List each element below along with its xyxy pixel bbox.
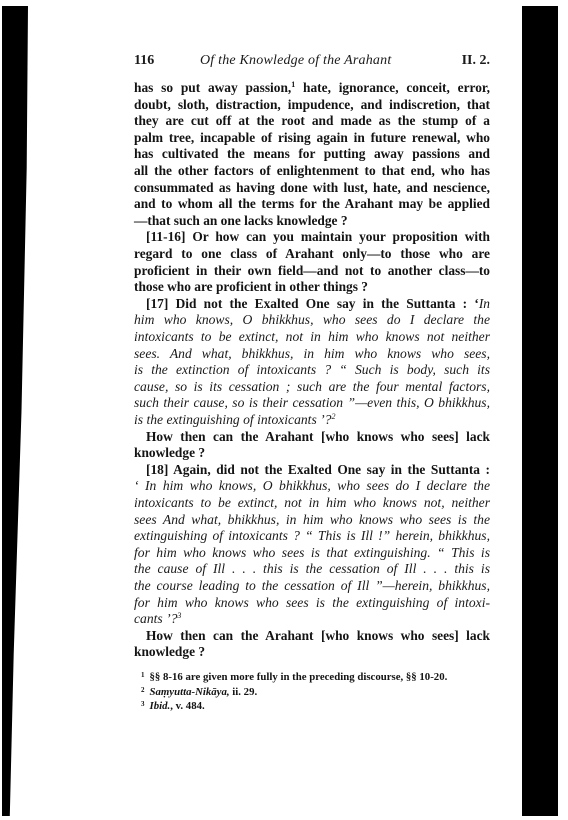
footnote-text: , v. 484. bbox=[170, 700, 205, 712]
footnote: 3Ibid., v. 484. bbox=[141, 697, 490, 711]
footnote-ref: 3 bbox=[177, 611, 181, 620]
body-line: How then can the Arahant [who knows who … bbox=[146, 627, 490, 644]
body-line: and to whom all the terms for the Arahan… bbox=[134, 195, 490, 212]
body-line: for him who knows who sees is the exting… bbox=[134, 594, 490, 611]
footnote-number: 3 bbox=[141, 700, 145, 708]
body-line: [11-16] Or how can you maintain your pro… bbox=[146, 228, 490, 245]
footnote-ref: 2 bbox=[331, 412, 335, 421]
body-line: sees And what, bhikkhus, in him who know… bbox=[134, 511, 490, 528]
body-line: [17] Did not the Exalted One say in the … bbox=[146, 295, 490, 312]
body-line: —that such an one lacks knowledge ? bbox=[134, 212, 490, 229]
body-line: ‘ In him who knows, O bhikkhus, who sees… bbox=[134, 477, 490, 494]
body-line: knowledge ? bbox=[134, 643, 490, 660]
body-line: sees. And what, bhikkhus, in him who kno… bbox=[134, 345, 490, 362]
footnote-text: §§ 8-16 are given more fully in the prec… bbox=[150, 671, 448, 683]
footnote-source: Ibid. bbox=[150, 700, 171, 712]
body-line: those who are proficient in other things… bbox=[134, 278, 490, 295]
body-line: such their cause, so is their cessation … bbox=[134, 394, 490, 411]
body-line: palm tree, incapable of rising again in … bbox=[134, 129, 490, 146]
body-line: knowledge ? bbox=[134, 444, 490, 461]
line-text: is the extinguishing of intoxicants ’? bbox=[134, 412, 331, 427]
body-line: has cultivated the means for putting awa… bbox=[134, 145, 490, 162]
line-text: [17] Did not the Exalted One say in the … bbox=[146, 296, 479, 311]
body-line: they are cut off at the root and made as… bbox=[134, 112, 490, 129]
body-line: extinguishing of intoxicants ? “ This is… bbox=[134, 527, 490, 544]
body-line: consummated as having done with lust, ha… bbox=[134, 179, 490, 196]
running-title: Of the Knowledge of the Arahant bbox=[200, 53, 391, 69]
body-line: regard to one class of Arahant only—to t… bbox=[134, 245, 490, 262]
line-text: has so put away passion, bbox=[134, 80, 291, 95]
body-line: for him who knows who sees is that extin… bbox=[134, 544, 490, 561]
body-line: cause, so is its cessation ; such are th… bbox=[134, 378, 490, 395]
running-header: 116 Of the Knowledge of the Arahant II. … bbox=[134, 53, 490, 71]
body-line: has so put away passion,1 hate, ignoranc… bbox=[134, 79, 490, 96]
line-text: hate, ignorance, conceit, error, bbox=[295, 80, 490, 95]
footnote-number: 1 bbox=[141, 671, 145, 679]
body-line: How then can the Arahant [who knows who … bbox=[146, 428, 490, 445]
body-line: him who knows, O bhikkhus, who sees do I… bbox=[134, 311, 490, 328]
body-line: [18] Again, did not the Exalted One say … bbox=[146, 461, 490, 478]
body-line: cants ’?3 bbox=[134, 610, 490, 627]
scan-edge-left bbox=[2, 6, 28, 816]
body-line: intoxicants to be extinct, not in him wh… bbox=[134, 328, 490, 345]
body-line: intoxicants to be extinct, not in him wh… bbox=[134, 494, 490, 511]
body-line: the cause of Ill . . . this is the cessa… bbox=[134, 560, 490, 577]
body-line: is the extinction of intoxicants ? “ Suc… bbox=[134, 361, 490, 378]
line-text: cants ’? bbox=[134, 611, 177, 626]
footnote-number: 2 bbox=[141, 686, 145, 694]
scan-edge-right bbox=[522, 6, 558, 816]
line-text: In bbox=[479, 296, 490, 311]
footnote: 1§§ 8-16 are given more fully in the pre… bbox=[141, 668, 490, 682]
body-line: all the other factors of enlightenment t… bbox=[134, 162, 490, 179]
footnote: 2Saṃyutta-Nikāya, ii. 29. bbox=[141, 683, 490, 697]
section-number: II. 2. bbox=[462, 53, 490, 69]
body-line: proficient in their own field—and not to… bbox=[134, 262, 490, 279]
body-line: is the extinguishing of intoxicants ’?2 bbox=[134, 411, 490, 428]
page-number: 116 bbox=[134, 53, 154, 69]
body-line: doubt, sloth, distraction, impudence, an… bbox=[134, 96, 490, 113]
body-line: the course leading to the cessation of I… bbox=[134, 577, 490, 594]
